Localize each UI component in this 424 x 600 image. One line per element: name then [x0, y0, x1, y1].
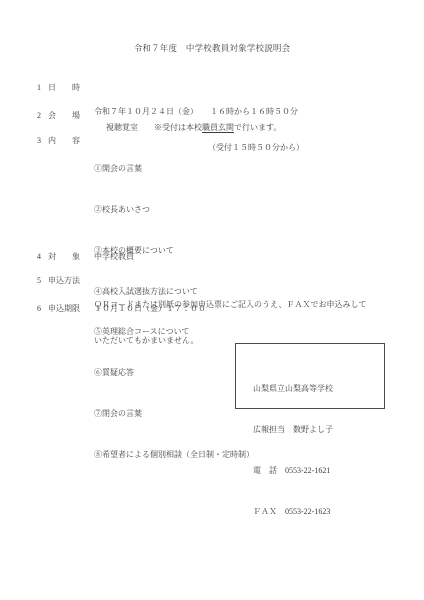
venue-note-underlined: 職員玄関 [202, 123, 234, 132]
agenda-item-7: ⑦閉会の言葉 [94, 407, 254, 421]
contact-phone: 電 話 0553-22-1621 [253, 464, 378, 478]
item-number: 6 [37, 303, 48, 315]
item-number: 5 [37, 275, 48, 287]
item-number: 4 [37, 251, 48, 263]
item-label-agenda: 内 容 [48, 135, 81, 147]
venue-note-suffix: で行います。 [234, 123, 281, 132]
item-number: 1 [37, 82, 48, 94]
item-label-date-time: 日 時 [48, 82, 81, 94]
item-number: 3 [37, 135, 48, 147]
item-number: 2 [37, 110, 48, 122]
contact-box: 山梨県立山梨高等学校 広報担当 数野よし子 電 話 0553-22-1621 Ｆ… [235, 343, 385, 409]
item-target: 4 対 象 中学校教員 [37, 251, 134, 263]
item-label-application-deadline: 申込期限 [48, 303, 81, 315]
item-label-application-method: 申込方法 [48, 275, 81, 287]
application-deadline-value: １０月１０日（金）１７：００ [94, 303, 206, 315]
item-label-venue: 会 場 [48, 110, 81, 122]
agenda-item-1: ①開会の言葉 [94, 162, 254, 176]
agenda-item-2: ②校長あいさつ [94, 203, 254, 217]
contact-fax: ＦＡＸ 0553-22-1623 [253, 505, 378, 519]
document-title: 令和７年度 中学校教員対象学校説明会 [0, 42, 424, 54]
item-application-deadline: 6 申込期限 １０月１０日（金）１７：００ [37, 303, 206, 315]
document-page: 令和７年度 中学校教員対象学校説明会 1 日 時 令和７年１０月２４日（金） １… [0, 0, 424, 600]
contact-person: 広報担当 数野よし子 [253, 423, 378, 437]
target-value: 中学校教員 [94, 251, 134, 263]
venue-name: 視聴覚室 [106, 123, 138, 132]
venue-note-prefix: ※受付は本校 [154, 123, 202, 132]
item-label-target: 対 象 [48, 251, 81, 263]
contact-school-name: 山梨県立山梨高等学校 [253, 382, 378, 396]
agenda-item-8: ⑧希望者による個別相談（全日制・定時制） [94, 448, 254, 462]
